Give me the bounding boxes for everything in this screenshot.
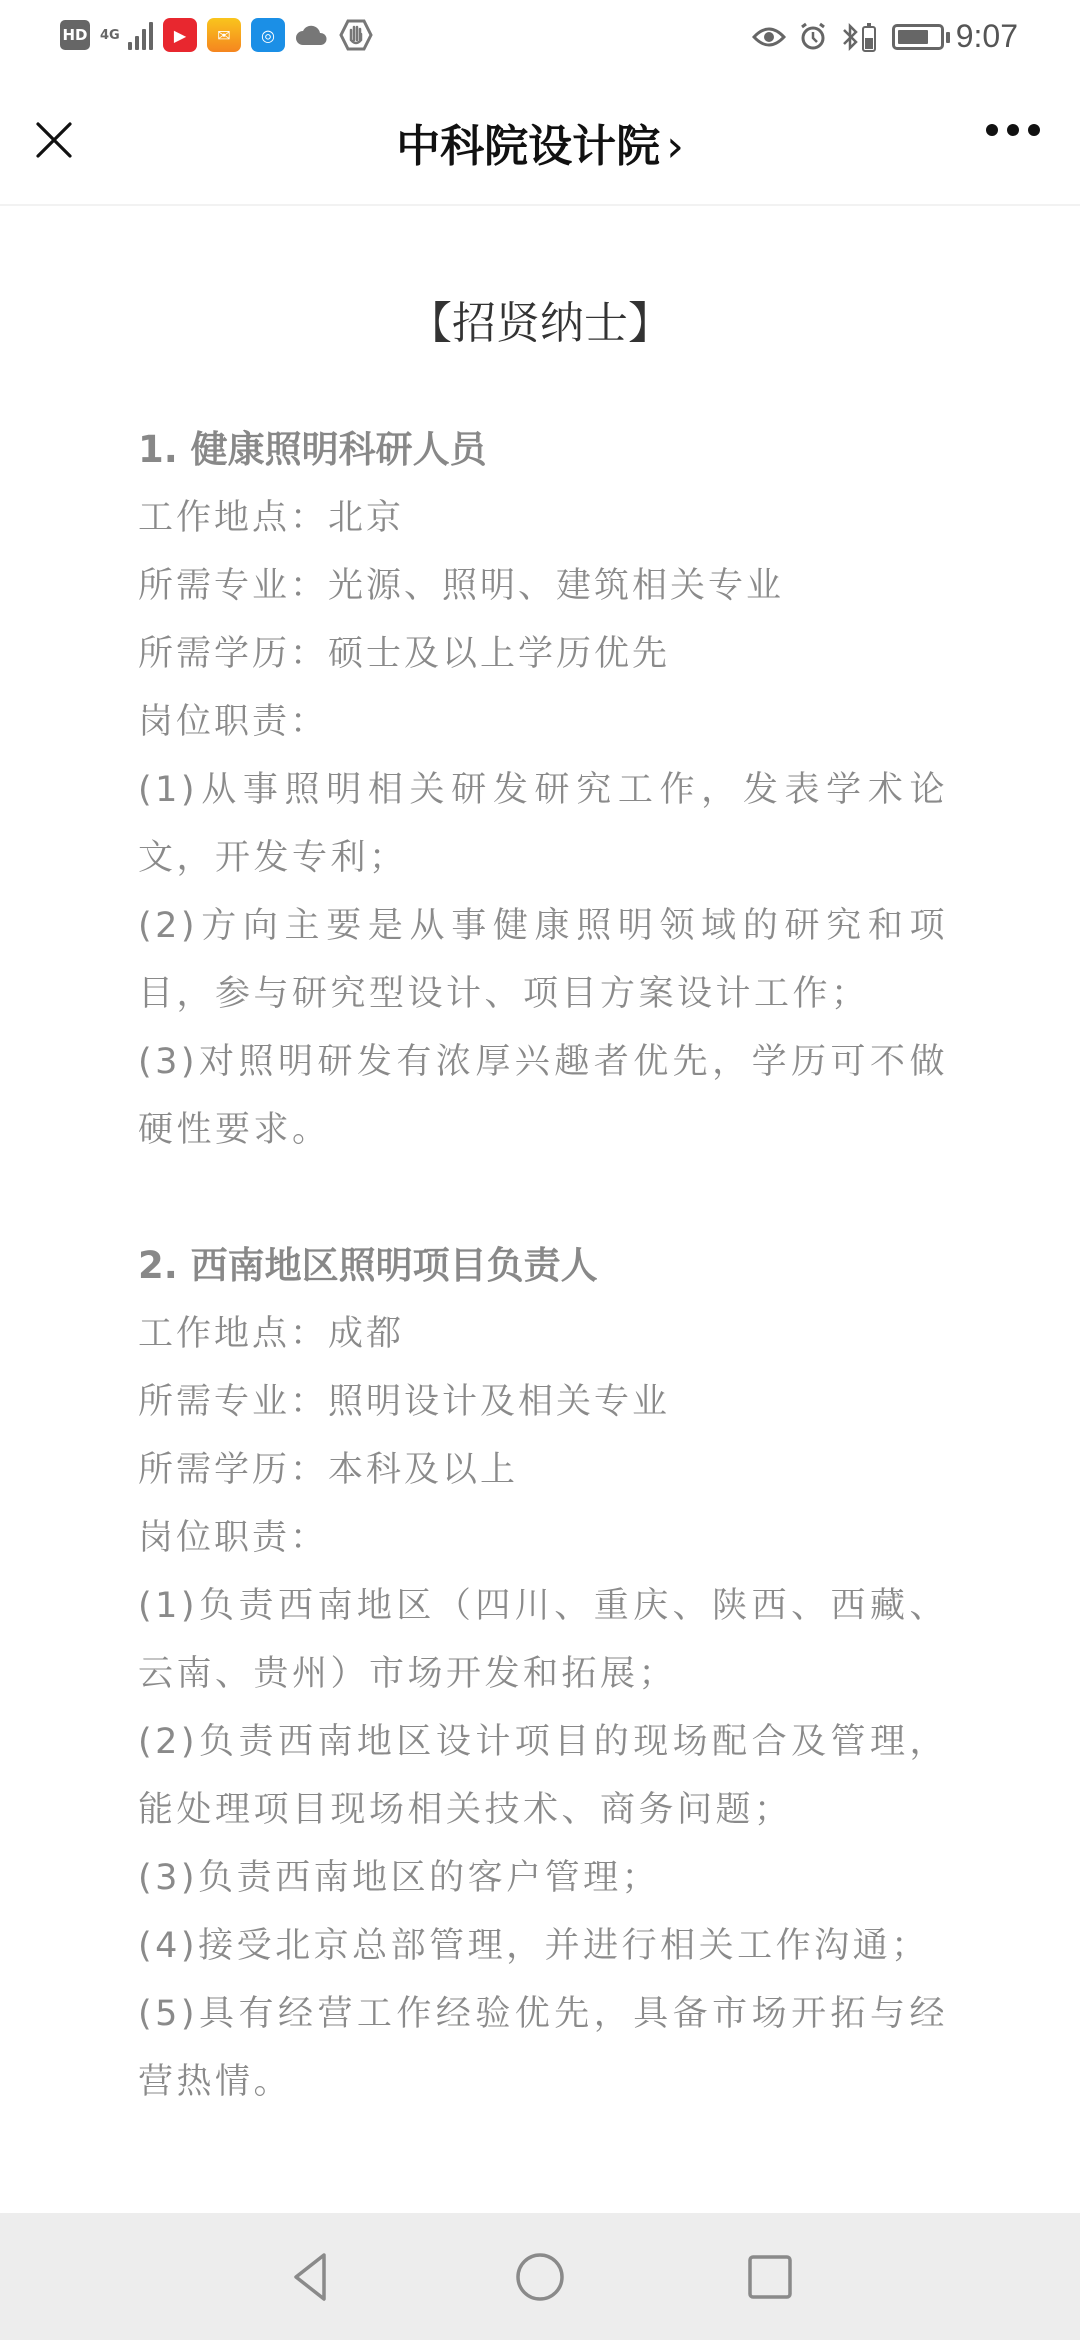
back-button[interactable] — [280, 2251, 340, 2303]
battery-icon — [892, 24, 944, 50]
network-type-label: 4G — [100, 28, 120, 43]
top-app-bar: 中科院设计院› — [0, 72, 1080, 206]
status-time: 9:07 — [956, 18, 1018, 55]
hand-stop-icon — [339, 18, 373, 52]
job-location: 工作地点：成都 — [138, 1300, 948, 1368]
article-title: 【招贤纳士】 — [0, 294, 1080, 354]
job-major: 所需专业：光源、照明、建筑相关专业 — [138, 552, 948, 620]
job-duty-item: (1)负责西南地区（四川、重庆、陕西、西藏、云南、贵州）市场开发和拓展； — [138, 1572, 948, 1708]
job-duty-item: (2)方向主要是从事健康照明领域的研究和项目，参与研究型设计、项目方案设计工作； — [138, 892, 948, 1028]
job-section: 1. 健康照明科研人员 工作地点：北京 所需专业：光源、照明、建筑相关专业 所需… — [138, 416, 948, 1164]
video-app-icon: ▶ — [163, 18, 197, 52]
job-duty-item: (1)从事照明相关研发研究工作，发表学术论文，开发专利； — [138, 756, 948, 892]
job-heading: 2. 西南地区照明项目负责人 — [138, 1232, 948, 1300]
hd-icon: HD — [60, 20, 90, 50]
home-icon — [514, 2251, 566, 2303]
cloud-icon — [295, 23, 329, 47]
alarm-icon — [798, 22, 828, 52]
system-navigation-bar — [0, 2213, 1080, 2340]
status-bar-left: HD 4G ▶ ✉ ◎ — [60, 18, 373, 52]
recents-button[interactable] — [740, 2251, 800, 2303]
job-heading: 1. 健康照明科研人员 — [138, 416, 948, 484]
mail-app-icon: ✉ — [207, 18, 241, 52]
job-section: 2. 西南地区照明项目负责人 工作地点：成都 所需专业：照明设计及相关专业 所需… — [138, 1232, 948, 2116]
back-icon — [288, 2252, 332, 2302]
more-icon — [986, 124, 998, 136]
job-duties-label: 岗位职责： — [138, 1504, 948, 1572]
job-location: 工作地点：北京 — [138, 484, 948, 552]
chevron-right-icon: › — [666, 121, 684, 172]
account-name: 中科院设计院 — [396, 121, 660, 172]
bluetooth-battery-icon — [840, 21, 880, 53]
more-options-button[interactable] — [986, 124, 1040, 136]
job-education: 所需学历：本科及以上 — [138, 1436, 948, 1504]
home-button[interactable] — [510, 2251, 570, 2303]
status-bar: HD 4G ▶ ✉ ◎ 9:07 — [0, 0, 1080, 72]
job-education: 所需学历：硕士及以上学历优先 — [138, 620, 948, 688]
signal-strength-icon — [128, 20, 153, 50]
eye-icon — [752, 25, 786, 49]
job-duty-item: (4)接受北京总部管理，并进行相关工作沟通； — [138, 1912, 948, 1980]
job-duty-item: (5)具有经营工作经验优先，具备市场开拓与经营热情。 — [138, 1980, 948, 2116]
recents-icon — [747, 2254, 793, 2300]
job-duty-item: (2)负责西南地区设计项目的现场配合及管理，能处理项目现场相关技术、商务问题； — [138, 1708, 948, 1844]
network-type-icon: 4G — [100, 29, 118, 42]
job-major: 所需专业：照明设计及相关专业 — [138, 1368, 948, 1436]
status-bar-right: 9:07 — [752, 18, 1018, 55]
job-duty-item: (3)负责西南地区的客户管理； — [138, 1844, 948, 1912]
browser-app-icon: ◎ — [251, 18, 285, 52]
account-title-link[interactable]: 中科院设计院› — [0, 110, 1080, 174]
job-duties-label: 岗位职责： — [138, 688, 948, 756]
article-body: 【招贤纳士】 1. 健康照明科研人员 工作地点：北京 所需专业：光源、照明、建筑… — [138, 206, 948, 2116]
job-duty-item: (3)对照明研发有浓厚兴趣者优先，学历可不做硬性要求。 — [138, 1028, 948, 1164]
